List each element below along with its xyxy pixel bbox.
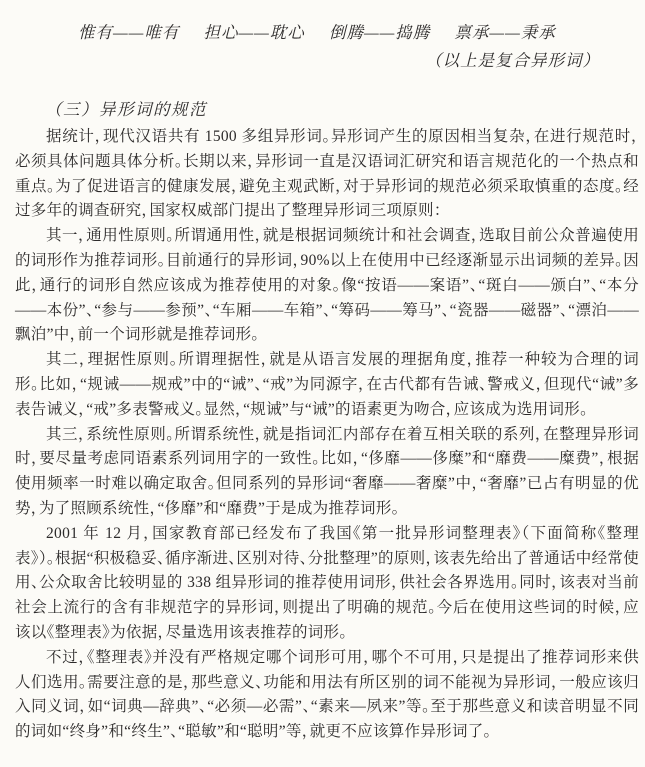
caption-compound-variant-words: （以上是复合异形词） bbox=[0, 50, 645, 72]
section-heading: （三）异形词的规范 bbox=[45, 99, 645, 121]
paragraph-table-limitations: 不过，《整理表》并没有严格规定哪个词形可用，哪个不可用，只是提出了推荐词形来供人… bbox=[15, 646, 639, 745]
variant-pairs-line: 惟有——唯有 担心——耽心 倒腾——捣腾 禀承——秉承 bbox=[78, 0, 645, 44]
scanned-document-page: 惟有——唯有 担心——耽心 倒腾——捣腾 禀承——秉承 （以上是复合异形词） （… bbox=[0, 0, 645, 767]
variant-pair: 倒腾——捣腾 bbox=[329, 23, 430, 42]
paragraph-principle-1-universality: 其一，通用性原则。所谓通用性，就是根据词频统计和社会调查，选取目前公众普遍使用的… bbox=[15, 224, 639, 348]
paragraph-principle-3-systematicity: 其三，系统性原则。所谓系统性，就是指词汇内部存在着互相关联的系列，在整理异形词时… bbox=[15, 423, 639, 522]
paragraph-principle-2-motivation: 其二，理据性原则。所谓理据性，就是从语言发展的理据角度，推荐一种较为合理的词形。… bbox=[15, 348, 639, 422]
body-text: 据统计，现代汉语共有 1500 多组异形词。异形词产生的原因相当复杂，在进行规范… bbox=[15, 125, 639, 745]
variant-pair: 担心——耽心 bbox=[203, 23, 304, 42]
paragraph-statistics-overview: 据统计，现代汉语共有 1500 多组异形词。异形词产生的原因相当复杂，在进行规范… bbox=[15, 125, 639, 224]
paragraph-2001-standard-table: 2001 年 12 月，国家教育部已经发布了我国《第一批异形词整理表》（下面简称… bbox=[15, 522, 639, 646]
variant-pair: 禀承——秉承 bbox=[454, 23, 555, 42]
variant-pair: 惟有——唯有 bbox=[78, 23, 179, 42]
